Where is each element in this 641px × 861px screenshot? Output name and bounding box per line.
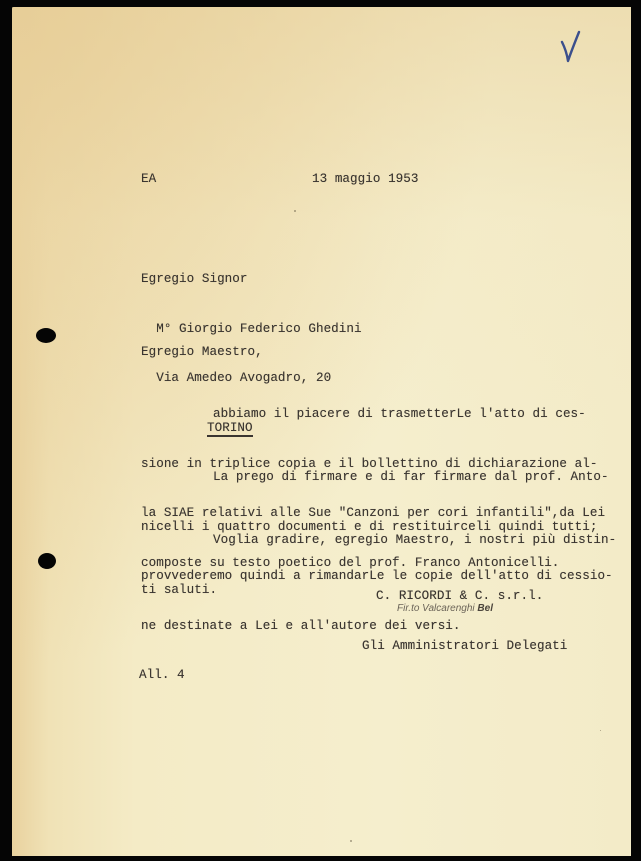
address-line: Egregio Signor bbox=[141, 271, 362, 288]
check-mark-icon bbox=[560, 30, 582, 68]
signature-stamp-text: Fir.to Valcarenghi bbox=[397, 603, 475, 614]
signature-stamp-suffix: Bel bbox=[477, 603, 493, 614]
scanned-document: EA 13 maggio 1953 Egregio Signor M° Gior… bbox=[0, 0, 641, 861]
paragraph-line: abbiamo il piacere di trasmetterLe l'att… bbox=[141, 406, 605, 423]
paragraph-line: La prego di firmare e di far firmare dal… bbox=[141, 469, 613, 486]
paragraph-line: Voglia gradire, egregio Maestro, i nostr… bbox=[141, 532, 616, 549]
salutation: Egregio Maestro, bbox=[141, 344, 263, 361]
address-line: M° Giorgio Federico Ghedini bbox=[141, 321, 362, 338]
enclosures-note: All. 4 bbox=[139, 667, 185, 684]
letter-date: 13 maggio 1953 bbox=[312, 171, 419, 188]
signatory-title: Gli Amministratori Delegati bbox=[362, 638, 567, 655]
signature-block: C. RICORDI & C. s.r.l. Gli Amministrator… bbox=[362, 555, 567, 687]
paper-speck bbox=[600, 730, 601, 731]
paper-speck bbox=[294, 210, 296, 212]
typist-initials: EA bbox=[141, 171, 156, 188]
punch-hole-top bbox=[36, 328, 56, 343]
signature-stamp: Fir.to Valcarenghi Bel bbox=[397, 603, 493, 614]
paper-speck bbox=[350, 840, 352, 842]
punch-hole-bottom bbox=[38, 553, 56, 569]
